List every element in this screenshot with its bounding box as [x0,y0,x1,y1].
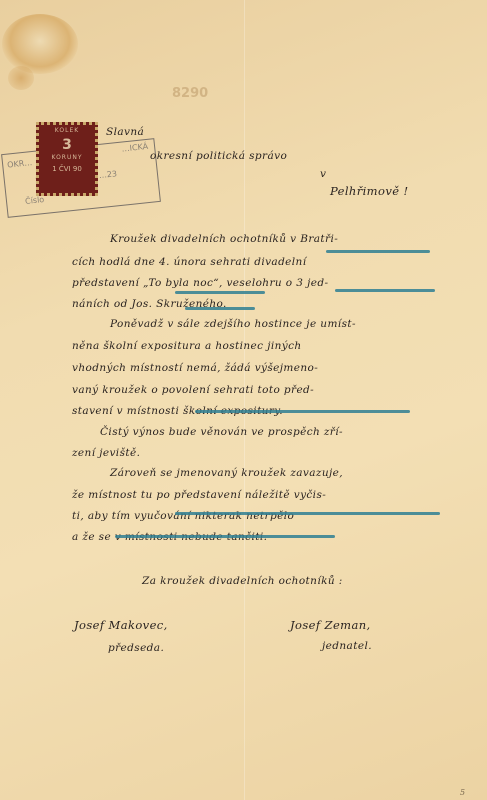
letter-page: 8290 OKR… …ICKÁ …OVĚ …23 Číslo KOLEK 3 K… [0,0,487,800]
blue-underline [335,289,435,292]
body-line: cích hodlá dne 4. února sehrati divadeln… [72,256,306,268]
salutation-line-1: Slavná [106,126,144,138]
stamp-line: OKR… [7,158,33,170]
archive-number: 8290 [172,86,208,101]
stamp-line: …ICKÁ [121,142,148,154]
body-line: Čistý výnos bude věnován ve prospěch zří… [100,426,343,438]
signature-chairman-role: předseda. [108,642,164,654]
body-line: představení „To byla noc“, veselohru o 3… [72,277,328,289]
blue-underline [185,307,255,310]
stamp-date: 1 ČVI 90 [39,165,95,173]
salutation-line-3: v [320,168,326,180]
body-line: něna školní expositura a hostinec jiných [72,340,302,352]
body-line: zení jeviště. [72,447,140,459]
stamp-top-text: KOLEK [39,127,95,134]
page-mark: 5 [460,788,465,797]
closing-line: Za kroužek divadelních ochotníků : [142,575,343,587]
salutation-line-2: okresní politická správo [150,150,287,162]
blue-underline [195,410,410,413]
body-line: že místnost tu po představení náležitě v… [72,489,326,501]
stamp-value: 3 [39,137,95,153]
stamp-line: …23 [98,169,117,180]
fold-line [244,0,245,800]
body-line: vhodných místností nemá, žádá výšejmeno- [72,362,318,374]
water-stain [2,14,78,74]
signature-secretary-role: jednatel. [322,640,372,652]
signature-secretary-name: Josef Zeman, [290,618,371,632]
stamp-unit: KORUNY [39,154,95,161]
body-line: vaný kroužek o povolení sehrati toto pře… [72,384,314,396]
blue-underline [175,512,440,515]
water-stain-small [8,66,34,90]
body-line: Kroužek divadelních ochotníků v Bratři- [110,233,338,245]
blue-underline [326,250,430,253]
blue-underline [115,535,335,538]
body-line: Poněvadž v sále zdejšího hostince je umí… [110,318,356,330]
salutation-line-4: Pelhřimově ! [330,184,409,198]
stamp-line: Číslo [25,195,45,206]
blue-underline [175,291,265,294]
body-line: Zároveň se jmenovaný kroužek zavazuje, [110,467,343,479]
revenue-stamp: KOLEK 3 KORUNY 1 ČVI 90 [36,122,98,196]
signature-chairman-name: Josef Makovec, [74,618,168,632]
